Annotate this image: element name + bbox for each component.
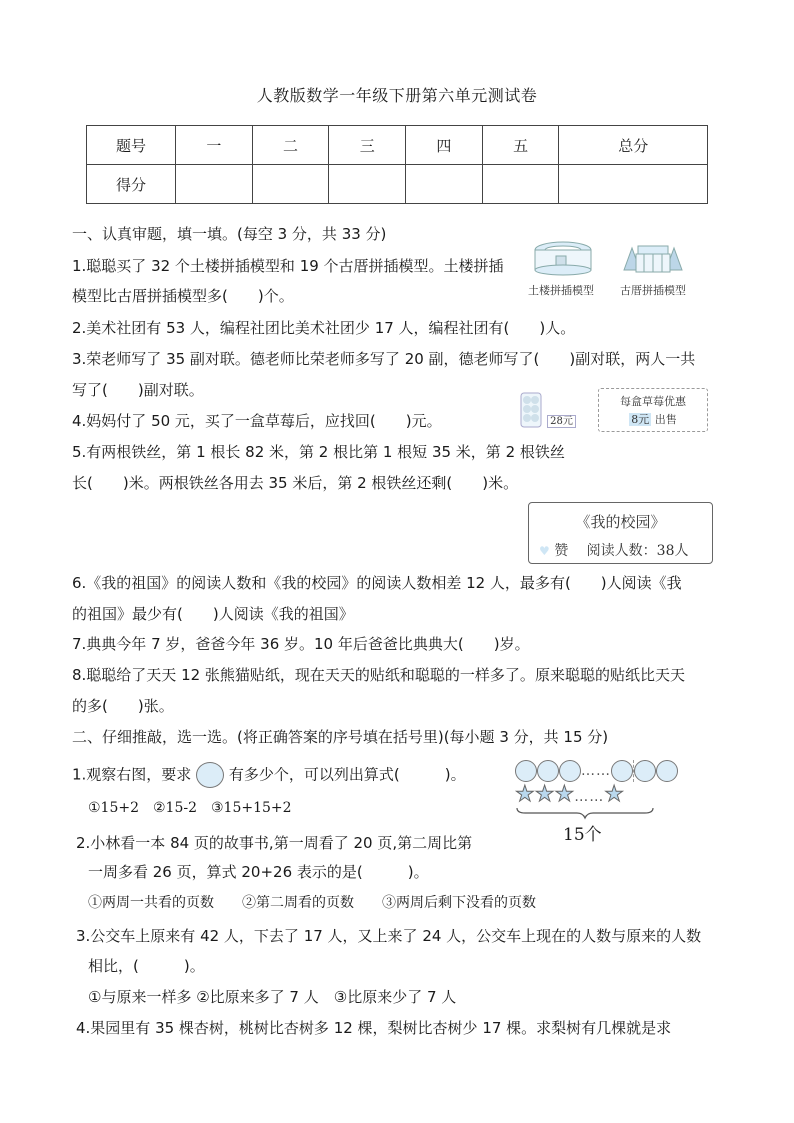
score-row-label: 得分 [87, 165, 176, 204]
strawberry-box-image: 28元 [520, 392, 590, 430]
star-icon: ★ [535, 782, 555, 807]
ellipsis: …… [574, 789, 604, 805]
strawberry-box-icon [520, 392, 542, 428]
circle-icon [196, 762, 224, 788]
s2-q3-line1: 3.公交车上原来有 42 人，下去了 17 人，又上来了 24 人，公交车上现在… [76, 926, 701, 946]
readers-count: 阅读人数：38人 [587, 543, 689, 559]
score-header-cell: 四 [406, 126, 483, 165]
coupon-price: 8元 [629, 413, 651, 426]
s2-q4-line1: 4.果园里有 35 棵杏树，桃树比杏树多 12 棵，梨树比杏树少 17 棵。求梨… [76, 1018, 671, 1038]
figure-label: 15个 [563, 820, 715, 845]
circle-icon [611, 760, 633, 782]
score-table-score-row: 得分 [87, 165, 708, 204]
s2-q2-line2: 一周多看 26 页，算式 20+26 表示的是( )。 [88, 862, 429, 882]
tulou-caption: 土楼拼插模型 [528, 282, 608, 298]
tulou-model-image: 土楼拼插模型 [528, 240, 608, 295]
s2-q1-options: ①15+2 ②15-2 ③15+15+2 [88, 798, 292, 818]
score-cell[interactable] [329, 165, 406, 204]
box-price-tag: 28元 [547, 415, 576, 428]
s1-q2: 2.美术社团有 53 人，编程社团比美术社团少 17 人，编程社团有( )人。 [72, 318, 575, 338]
s1-q1-line2: 模型比古厝拼插模型多( )个。 [72, 286, 294, 306]
score-header-cell: 一 [176, 126, 253, 165]
heart-icon: ♥ [539, 544, 550, 558]
score-cell[interactable] [406, 165, 483, 204]
s1-q8-line2: 的多( )张。 [72, 696, 174, 716]
s2-q1-line1: 1.观察右图，要求 有多少个，可以列出算式( )。 [72, 762, 466, 788]
s2-q1-prefix: 1.观察右图，要求 [72, 766, 191, 784]
score-header-cell: 题号 [87, 126, 176, 165]
card-title: 《我的校园》 [529, 511, 712, 532]
circle-icon [634, 760, 656, 782]
coupon-line1: 每盒草莓优惠 [599, 393, 707, 409]
reading-card: 《我的校园》 ♥ 赞 阅读人数：38人 [528, 502, 713, 564]
s1-q4: 4.妈妈付了 50 元，买了一盒草莓后，应找回( )元。 [72, 411, 442, 431]
s1-q3-line2: 写了( )副对联。 [72, 380, 204, 400]
ellipsis: …… [581, 763, 611, 779]
tulou-icon [528, 240, 598, 276]
score-cell[interactable] [176, 165, 253, 204]
star-icon: ★ [604, 782, 624, 807]
section1-heading: 一、认真审题，填一填。(每空 3 分，共 33 分) [72, 224, 386, 244]
like-label: 赞 [554, 543, 568, 559]
score-header-cell: 二 [252, 126, 329, 165]
coupon-suffix: 出售 [655, 413, 677, 426]
score-cell[interactable] [482, 165, 559, 204]
brace-icon [515, 806, 655, 820]
circle-icon [656, 760, 678, 782]
s1-q6-line2: 的祖国》最少有( )人阅读《我的祖国》 [72, 604, 354, 624]
s1-q5-line2: 长( )米。两根铁丝各用去 35 米后，第 2 根铁丝还剩( )米。 [72, 473, 518, 493]
s2-q2-line1: 2.小林看一本 84 页的故事书,第一周看了 20 页,第二周比第 [76, 833, 472, 853]
gucuo-icon [620, 240, 686, 276]
s1-q3-line1: 3.荣老师写了 35 副对联。德老师比荣老师多写了 20 副，德老师写了( )副… [72, 349, 695, 369]
s1-q1-line1: 1.聪聪买了 32 个土楼拼插模型和 19 个古厝拼插模型。土楼拼插 [72, 256, 504, 276]
s2-q2-options: ①两周一共看的页数 ②第二周看的页数 ③两周后剩下没看的页数 [88, 893, 536, 913]
score-header-cell: 三 [329, 126, 406, 165]
gucuo-caption: 古厝拼插模型 [620, 282, 700, 298]
score-table-header-row: 题号 一 二 三 四 五 总分 [87, 126, 708, 165]
circle-icon [537, 760, 559, 782]
section2-heading: 二、仔细推敲，选一选。(将正确答案的序号填在括号里)(每小题 3 分，共 15 … [72, 727, 608, 747]
s2-q3-line2: 相比，( )。 [88, 956, 205, 976]
star-icon: ★ [515, 782, 535, 807]
s1-q5-line1: 5.有两根铁丝，第 1 根长 82 米，第 2 根比第 1 根短 35 米，第 … [72, 442, 565, 462]
s1-q8-line1: 8.聪聪给了天天 12 张熊猫贴纸，现在天天的贴纸和聪聪的一样多了。原来聪聪的贴… [72, 665, 685, 685]
s1-q7: 7.典典今年 7 岁，爸爸今年 36 岁。10 年后爸爸比典典大( )岁。 [72, 634, 530, 654]
circles-stars-figure: …… ★★★……★ 15个 [515, 760, 715, 850]
circle-icon [515, 760, 537, 782]
score-cell[interactable] [559, 165, 708, 204]
score-header-cell: 五 [482, 126, 559, 165]
score-table: 题号 一 二 三 四 五 总分 得分 [86, 125, 708, 204]
s1-q6-line1: 6.《我的祖国》的阅读人数和《我的校园》的阅读人数相差 12 人，最多有( )人… [72, 573, 682, 593]
score-cell[interactable] [252, 165, 329, 204]
gucuo-model-image: 古厝拼插模型 [620, 240, 700, 295]
coupon-box: 每盒草莓优惠 8元 出售 [598, 388, 708, 432]
s2-q3-options: ①与原来一样多 ②比原来多了 7 人 ③比原来少了 7 人 [88, 987, 456, 1007]
page-title: 人教版数学一年级下册第六单元测试卷 [0, 83, 794, 106]
s2-q1-suffix: 有多少个，可以列出算式( )。 [229, 766, 466, 784]
score-header-cell: 总分 [559, 126, 708, 165]
circle-icon [559, 760, 581, 782]
star-icon: ★ [554, 782, 574, 807]
